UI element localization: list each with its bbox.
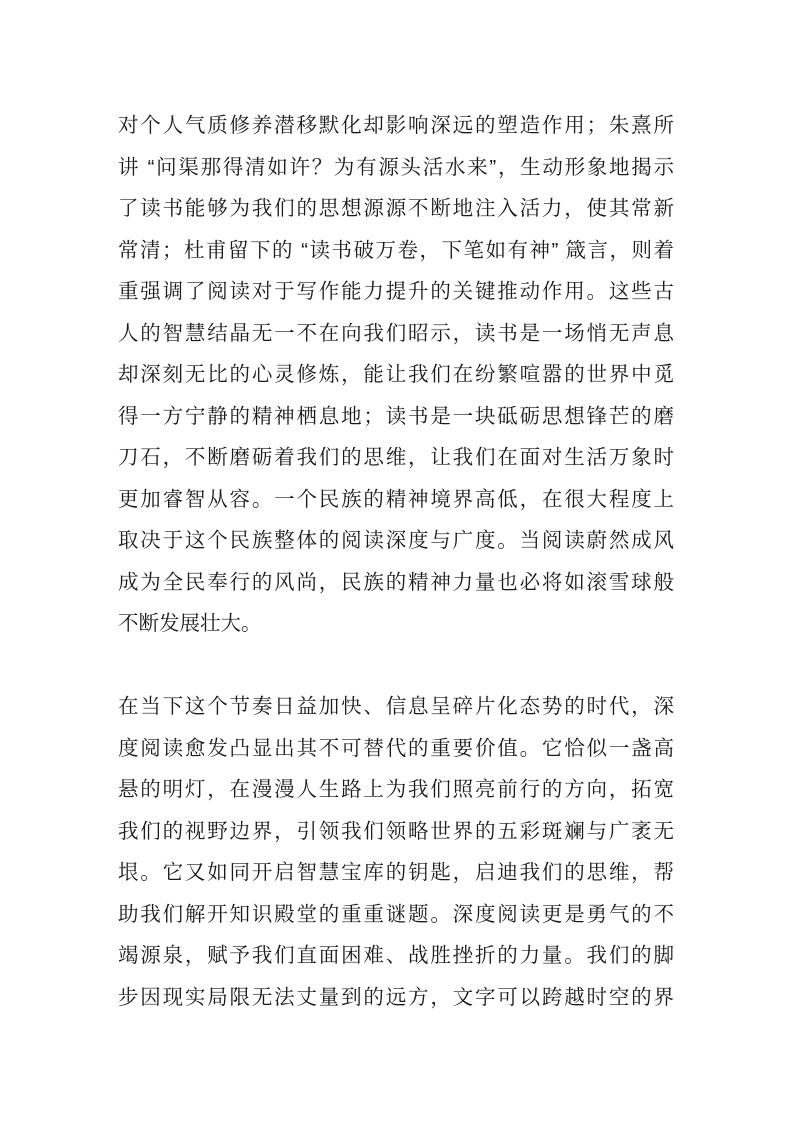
text-line: 得一方宁静的精神栖息地；读书是一块砥砺思想锋芒的磨 bbox=[118, 396, 674, 438]
text-line: 在当下这个节奏日益加快、信息呈碎片化态势的时代，深 bbox=[118, 686, 674, 728]
text-line: 常清；杜甫留下的 “读书破万卷，下笔如有神” 箴言，则着 bbox=[118, 230, 674, 272]
text-line: 垠。它又如同开启智慧宝库的钥匙，启迪我们的思维，帮 bbox=[118, 852, 674, 894]
text-line: 悬的明灯，在漫漫人生路上为我们照亮前行的方向，拓宽 bbox=[118, 769, 674, 811]
text-line: 讲 “问渠那得清如许？为有源头活水来”，生动形象地揭示 bbox=[118, 147, 674, 189]
text-line: 竭源泉，赋予我们直面困难、战胜挫折的力量。我们的脚 bbox=[118, 935, 674, 977]
text-line: 重强调了阅读对于写作能力提升的关键推动作用。这些古 bbox=[118, 271, 674, 313]
text-line: 助我们解开知识殿堂的重重谜题。深度阅读更是勇气的不 bbox=[118, 894, 674, 936]
text-line: 刀石，不断磨砺着我们的思维，让我们在面对生活万象时 bbox=[118, 437, 674, 479]
paragraph-reading-wisdom: 对个人气质修养潜移默化却影响深远的塑造作用；朱熹所讲 “问渠那得清如许？为有源头… bbox=[118, 105, 674, 645]
text-line: 对个人气质修养潜移默化却影响深远的塑造作用；朱熹所 bbox=[118, 105, 674, 147]
text-line: 取决于这个民族整体的阅读深度与广度。当阅读蔚然成风 bbox=[118, 520, 674, 562]
text-line: 人的智慧结晶无一不在向我们昭示，读书是一场悄无声息 bbox=[118, 313, 674, 355]
document-body: 对个人气质修养潜移默化却影响深远的塑造作用；朱熹所讲 “问渠那得清如许？为有源头… bbox=[118, 105, 674, 1018]
text-line: 更加睿智从容。一个民族的精神境界高低，在很大程度上 bbox=[118, 479, 674, 521]
document-page: 对个人气质修养潜移默化却影响深远的塑造作用；朱熹所讲 “问渠那得清如许？为有源头… bbox=[0, 0, 793, 1122]
text-line: 了读书能够为我们的思想源源不断地注入活力，使其常新 bbox=[118, 188, 674, 230]
text-line: 度阅读愈发凸显出其不可替代的重要价值。它恰似一盏高 bbox=[118, 728, 674, 770]
text-line: 却深刻无比的心灵修炼，能让我们在纷繁喧嚣的世界中觅 bbox=[118, 354, 674, 396]
text-line: 不断发展壮大。 bbox=[118, 603, 674, 645]
text-line: 成为全民奉行的风尚，民族的精神力量也必将如滚雪球般 bbox=[118, 562, 674, 604]
paragraph-deep-reading-value: 在当下这个节奏日益加快、信息呈碎片化态势的时代，深度阅读愈发凸显出其不可替代的重… bbox=[118, 686, 674, 1018]
text-line: 我们的视野边界，引领我们领略世界的五彩斑斓与广袤无 bbox=[118, 811, 674, 853]
text-line: 步因现实局限无法丈量到的远方，文字可以跨越时空的界 bbox=[118, 977, 674, 1019]
